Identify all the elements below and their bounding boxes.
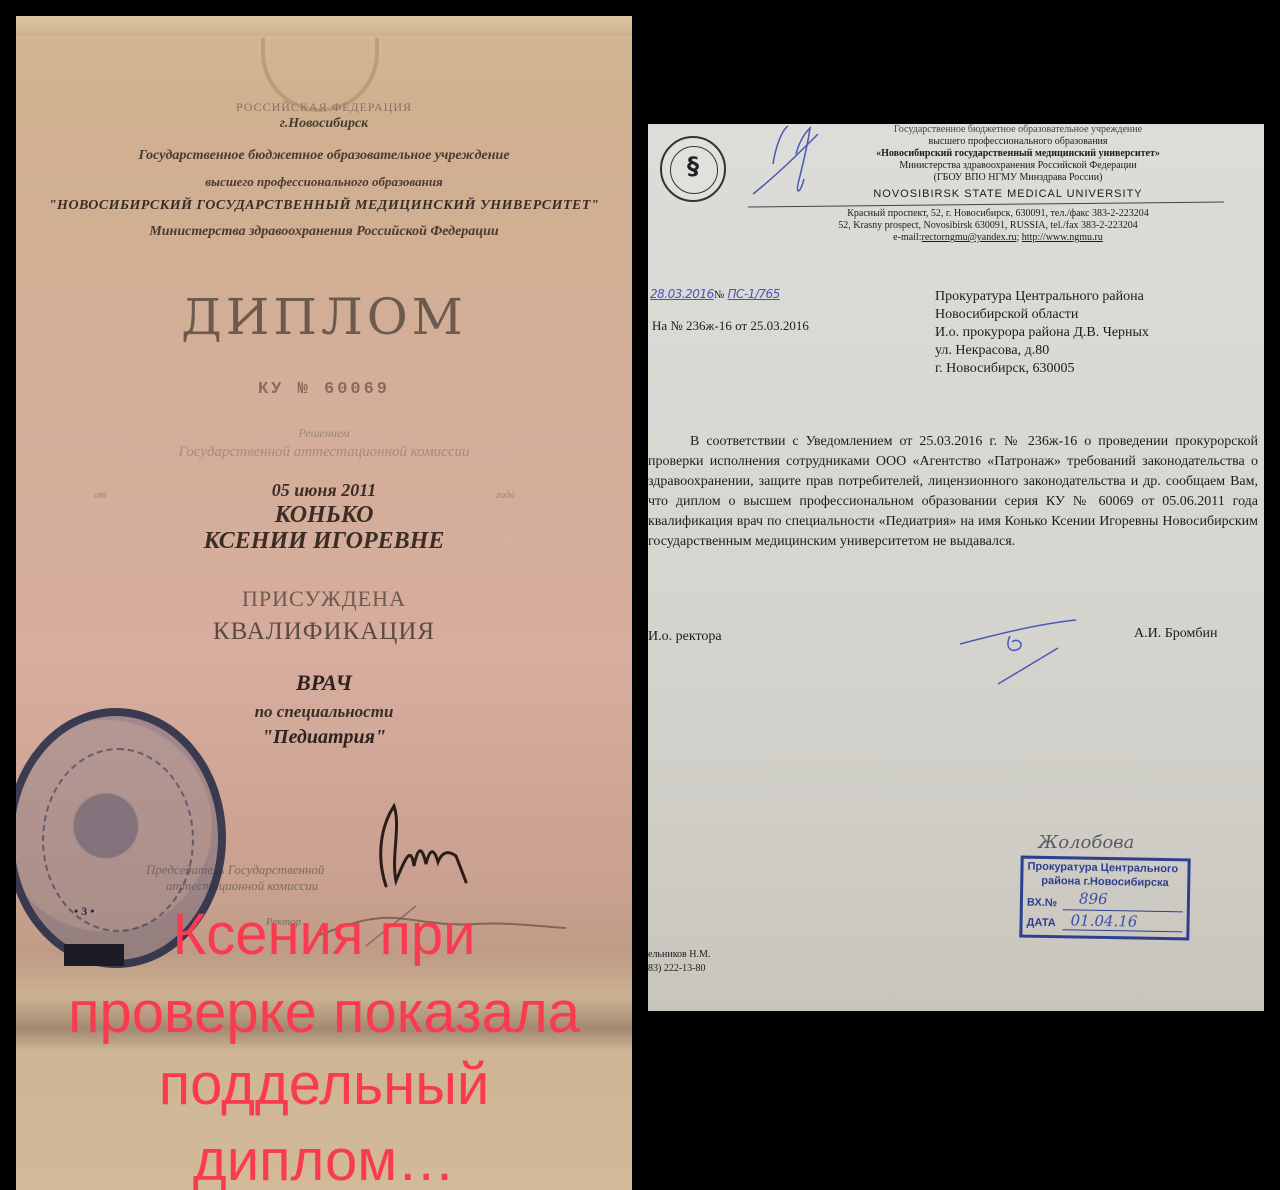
caduceus-icon: § <box>662 152 724 180</box>
caption-line-1: Ксения при <box>16 904 632 966</box>
country-label: РОССИЙСКАЯ ФЕДЕРАЦИЯ <box>16 100 632 115</box>
address-ru: Красный проспект, 52, г. Новосибирск, 63… <box>758 208 1238 219</box>
resolution-handwriting: Жолобова <box>1038 832 1134 853</box>
stamp-line-1: Прокуратура Центрального <box>1027 861 1178 876</box>
qualification-value: ВРАЧ <box>16 670 632 696</box>
decision-label: Решением <box>16 426 632 441</box>
awarded-label: ПРИСУЖДЕНА <box>16 586 632 612</box>
recipient-line-5: г. Новосибирск, 630005 <box>935 360 1149 378</box>
recipient-line-4: ул. Некрасова, д.80 <box>935 342 1149 360</box>
ministry-label: Министерства здравоохранения Российской … <box>16 224 632 240</box>
address-en: 52, Krasny prospect, Novosibirsk 630091,… <box>748 220 1228 231</box>
letter-header-line-5: (ГБОУ ВПО НГМУ Минздрава России) <box>778 172 1258 183</box>
stamp-date-value: 01.04.16 <box>1070 911 1137 930</box>
university-logo-icon: § <box>660 136 726 202</box>
letter-body: В соответствии с Уведомлением от 25.03.2… <box>648 432 1258 552</box>
letter-header-line-3: «Новосибирский государственный медицинск… <box>778 148 1258 159</box>
letter-header-line-1: Государственное бюджетное образовательно… <box>778 124 1258 135</box>
stamp-in-no-label: ВХ.№ <box>1027 897 1057 910</box>
recipient-line-2: Новосибирской области <box>935 306 1149 324</box>
diploma-photo: РОССИЙСКАЯ ФЕДЕРАЦИЯ г.Новосибирск Госуд… <box>16 16 632 1190</box>
caption-line-4: диплом… <box>16 1130 632 1190</box>
university-letter: § Государственное бюджетное образователь… <box>648 124 1264 1011</box>
org-line-1: Государственное бюджетное образовательно… <box>16 148 632 164</box>
caption-line-3: поддельный <box>16 1054 632 1116</box>
university-name: "НОВОСИБИРСКИЙ ГОСУДАРСТВЕННЫЙ МЕДИЦИНСК… <box>16 198 632 214</box>
registration-stamp: Прокуратура Центрального района г.Новоси… <box>1019 856 1190 941</box>
issue-date: 05 июня 2011 <box>16 480 632 501</box>
signatory-role: И.о. ректора <box>648 629 722 645</box>
letter-header-line-4: Министерства здравоохранения Российской … <box>778 160 1258 171</box>
email-link[interactable]: rectorngmu@yandex.ru <box>922 232 1017 243</box>
stamp-line-2: района г.Новосибирска <box>1041 875 1169 889</box>
signatory-name: А.И. Бромбин <box>1134 626 1217 642</box>
outgoing-number: 28.03.2016№ ПС-1/765 <box>650 286 780 302</box>
city-label: г.Новосибирск <box>16 116 632 132</box>
outgoing-number-value: ПС-1/765 <box>727 287 779 301</box>
diploma-series: КУ № 60069 <box>16 380 632 399</box>
letter-english-name: NOVOSIBIRSK STATE MEDICAL UNIVERSITY <box>768 188 1248 200</box>
commission-label: Государственной аттестационной комиссии <box>16 444 632 461</box>
website-link[interactable]: http://www.ngmu.ru <box>1022 232 1103 243</box>
qualification-label: КВАЛИФИКАЦИЯ <box>16 618 632 646</box>
contact-line: e-mail:rectorngmu@yandex.ru; http://www.… <box>758 232 1238 243</box>
outgoing-date: 28.03.2016 <box>650 287 714 301</box>
recipient-block: Прокуратура Центрального района Новосиби… <box>935 288 1149 378</box>
org-line-2: высшего профессионального образования <box>16 174 632 190</box>
caption-line-2: проверке показала <box>16 982 632 1044</box>
number-sign: № <box>714 289 725 301</box>
executor-name: ельников Н.М. <box>648 949 710 960</box>
holder-surname: КОНЬКО <box>16 502 632 529</box>
in-reply-reference: На № 236ж-16 от 25.03.2016 <box>652 318 809 334</box>
email-label: e-mail: <box>893 232 921 243</box>
stamp-date-label: ДАТА <box>1026 917 1055 930</box>
holder-given-names: КСЕНИИ ИГОРЕВНЕ <box>16 528 632 555</box>
stamp-in-no-value: 896 <box>1079 890 1108 908</box>
chair-signature-icon <box>356 786 476 896</box>
recipient-line-1: Прокуратура Центрального района <box>935 288 1149 306</box>
recipient-line-3: И.о. прокурора района Д.В. Черных <box>935 324 1149 342</box>
diploma-title: ДИПЛОМ <box>16 288 632 346</box>
letter-header-line-2: высшего профессионального образования <box>778 136 1258 147</box>
executor-phone: 83) 222-13-80 <box>648 963 706 974</box>
paper-fold <box>16 16 632 36</box>
rector-signature-icon <box>958 614 1088 694</box>
